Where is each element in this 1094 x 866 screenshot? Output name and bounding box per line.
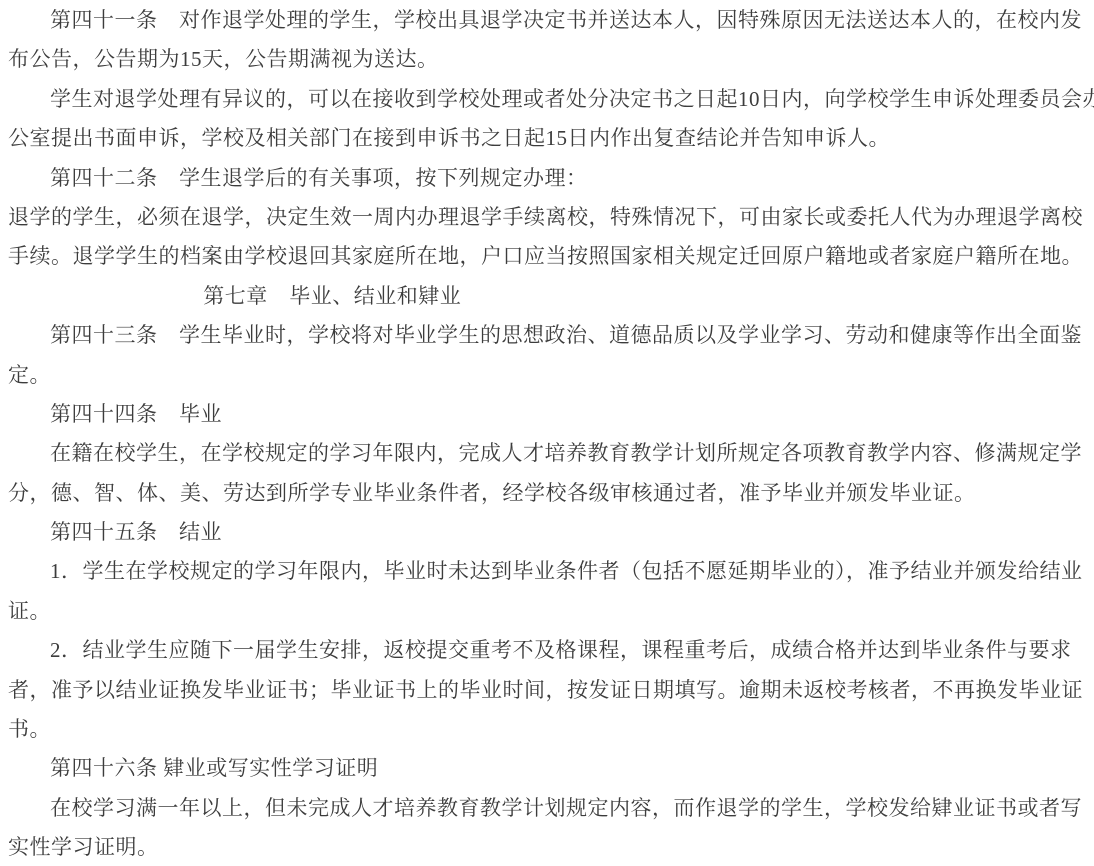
text-line: 第四十三条 学生毕业时，学校将对毕业学生的思想政治、道德品质以及学业学习、劳动和… — [8, 316, 1086, 355]
text-line: 公室提出书面申诉，学校及相关部门在接到申诉书之日起15日内作出复查结论并告知申诉… — [8, 119, 1086, 158]
text-line: 手续。退学学生的档案由学校退回其家庭所在地，户口应当按照国家相关规定迁回原户籍地… — [8, 237, 1086, 276]
text-line: 第四十四条 毕业 — [8, 395, 1086, 434]
text-line: 第四十五条 结业 — [8, 513, 1086, 552]
text-line: 退学的学生，必须在退学，决定生效一周内办理退学手续离校，特殊情况下，可由家长或委… — [8, 198, 1086, 237]
text-line: 定。 — [8, 356, 1086, 395]
text-line: 实性学习证明。 — [8, 828, 1086, 866]
text-line: 第四十六条 肄业或写实性学习证明 — [8, 749, 1086, 788]
text-line: 第四十二条 学生退学后的有关事项，按下列规定办理： — [8, 159, 1086, 198]
document-page: 第四十一条 对作退学处理的学生，学校出具退学决定书并送达本人，因特殊原因无法送达… — [0, 0, 1094, 866]
text-line: 2．结业学生应随下一届学生安排，返校提交重考不及格课程，课程重考后，成绩合格并达… — [8, 631, 1086, 670]
text-line: 书。 — [8, 710, 1086, 749]
text-line: 分，德、智、体、美、劳达到所学专业毕业条件者，经学校各级审核通过者，准予毕业并颁… — [8, 474, 1086, 513]
text-line: 证。 — [8, 592, 1086, 631]
text-line: 者，准予以结业证换发毕业证书；毕业证书上的毕业时间，按发证日期填写。逾期未返校考… — [8, 671, 1086, 710]
text-line: 在籍在校学生，在学校规定的学习年限内，完成人才培养教育教学计划所规定各项教育教学… — [8, 434, 1086, 473]
text-line: 1．学生在学校规定的学习年限内，毕业时未达到毕业条件者（包括不愿延期毕业的），准… — [8, 552, 1086, 591]
text-line: 布公告，公告期为15天，公告期满视为送达。 — [8, 40, 1086, 79]
text-line: 第四十一条 对作退学处理的学生，学校出具退学决定书并送达本人，因特殊原因无法送达… — [8, 1, 1086, 40]
text-line: 在校学习满一年以上，但未完成人才培养教育教学计划规定内容，而作退学的学生，学校发… — [8, 789, 1086, 828]
text-line: 学生对退学处理有异议的，可以在接收到学校处理或者处分决定书之日起10日内，向学校… — [8, 80, 1086, 119]
chapter-heading: 第七章 毕业、结业和肄业 — [8, 277, 1086, 316]
regulation-text-body: 第四十一条 对作退学处理的学生，学校出具退学决定书并送达本人，因特殊原因无法送达… — [8, 1, 1086, 866]
